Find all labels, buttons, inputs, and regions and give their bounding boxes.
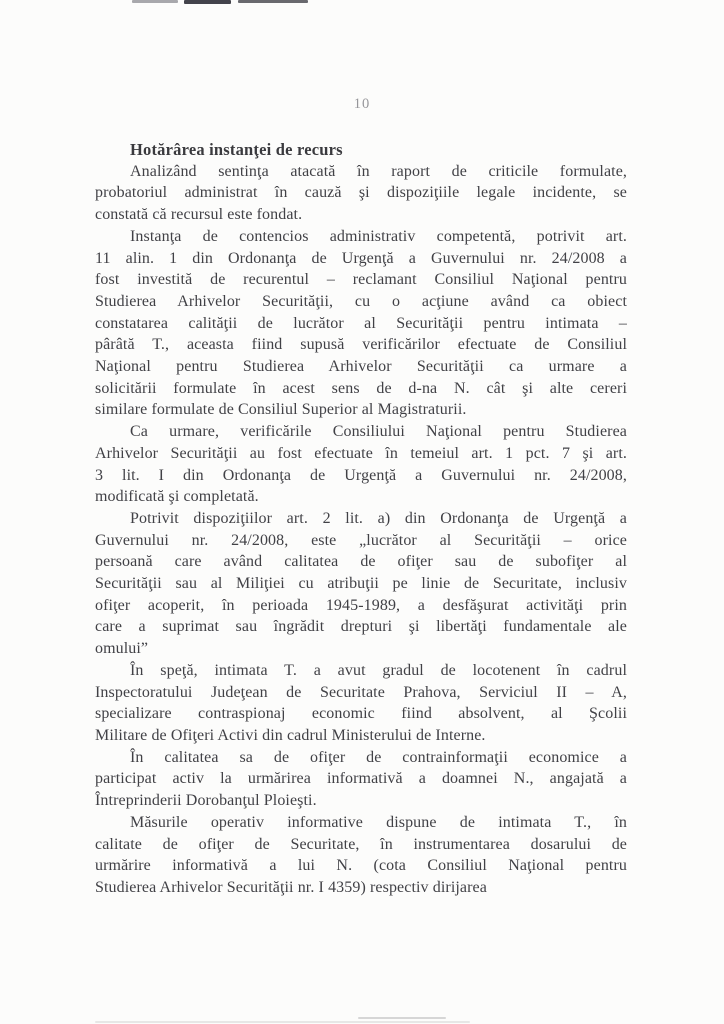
text-line: Studierea Arhivelor Securităţii, cu o ac…	[95, 291, 627, 313]
text-line: În speţă, intimata T. a avut gradul de l…	[95, 660, 627, 682]
text-line: participat activ la urmărirea informativ…	[95, 768, 627, 790]
text-line: constatarea calităţii de lucrător al Sec…	[95, 313, 627, 335]
text-line: Măsurile operativ informative dispune de…	[95, 812, 627, 834]
scan-artifact-bottom	[358, 1017, 446, 1019]
text-line: Studierea Arhivelor Securităţii nr. I 43…	[95, 877, 627, 899]
text-line: modificată şi completată.	[95, 486, 627, 508]
text-line: Inspectoratului Judeţean de Securitate P…	[95, 682, 627, 704]
paragraph: Analizând sentinţa atacată în raport de …	[95, 161, 627, 226]
text-line: Militare de Ofiţeri Activi din cadrul Mi…	[95, 725, 627, 747]
text-line: Naţional pentru Studierea Arhivelor Secu…	[95, 356, 627, 378]
text-line: Analizând sentinţa atacată în raport de …	[95, 161, 627, 183]
paragraph: Instanţa de contencios administrativ com…	[95, 226, 627, 421]
text-line: probatoriul administrat în cauză şi disp…	[95, 182, 627, 204]
text-line: constată că recursul este fondat.	[95, 204, 627, 226]
text-line: pârâtă T., aceasta fiind supusă verifică…	[95, 334, 627, 356]
text-line: Instanţa de contencios administrativ com…	[95, 226, 627, 248]
text-line: În calitatea sa de ofiţer de contrainfor…	[95, 747, 627, 769]
text-line: Potrivit dispoziţiilor art. 2 lit. a) di…	[95, 508, 627, 530]
paragraph: Măsurile operativ informative dispune de…	[95, 812, 627, 899]
text-line: calitate de ofiţer de Securitate, în ins…	[95, 834, 627, 856]
text-line: urmărire informativă a lui N. (cota Cons…	[95, 855, 627, 877]
text-line: 11 alin. 1 din Ordonanţa de Urgenţă a Gu…	[95, 248, 627, 270]
section-heading: Hotărârea instanţei de recurs	[95, 139, 627, 161]
document-body: Hotărârea instanţei de recurs Analizând …	[95, 139, 627, 899]
text-line: specializare contraspionaj economic fiin…	[95, 703, 627, 725]
text-line: Guvernului nr. 24/2008, este „lucrător a…	[95, 530, 627, 552]
paragraph: În calitatea sa de ofiţer de contrainfor…	[95, 747, 627, 812]
text-line: fost investită de recurentul – reclamant…	[95, 269, 627, 291]
text-line: omului”	[95, 638, 627, 660]
text-line: Ca urmare, verificările Consiliului Naţi…	[95, 421, 627, 443]
text-line: similare formulate de Consiliul Superior…	[95, 399, 627, 421]
paragraph: Potrivit dispoziţiilor art. 2 lit. a) di…	[95, 508, 627, 660]
scan-artifact-top	[184, 0, 231, 4]
text-line: Arhivelor Securităţii au fost efectuate …	[95, 443, 627, 465]
text-line: care a suprimat sau îngrădit drepturi şi…	[95, 616, 627, 638]
scan-artifact-bottom	[95, 1021, 470, 1023]
scan-artifact-top	[132, 0, 178, 3]
text-line: persoană care având calitatea de ofiţer …	[95, 551, 627, 573]
paragraph: În speţă, intimata T. a avut gradul de l…	[95, 660, 627, 747]
text-line: Securităţii sau al Miliţiei cu atribuţii…	[95, 573, 627, 595]
text-line: solicitării formulate în acest sens de d…	[95, 378, 627, 400]
text-line: 3 lit. I din Ordonanţa de Urgenţă a Guve…	[95, 465, 627, 487]
text-line: ofiţer acoperit, în perioada 1945-1989, …	[95, 595, 627, 617]
page-number: 10	[0, 96, 724, 113]
scan-artifact-top	[238, 0, 308, 3]
text-line: Întreprinderii Dorobanţul Ploieşti.	[95, 790, 627, 812]
paragraph: Ca urmare, verificările Consiliului Naţi…	[95, 421, 627, 508]
